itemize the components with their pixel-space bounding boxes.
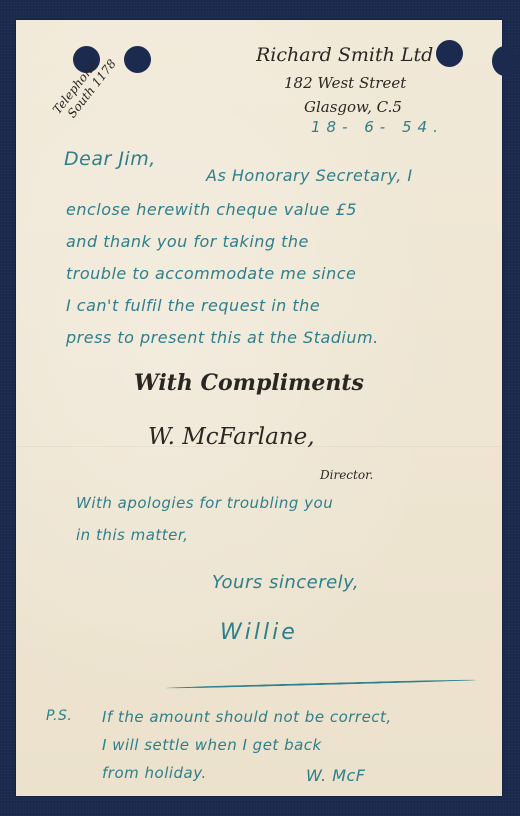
valediction: Yours sincerely, xyxy=(212,572,359,593)
compliments-title: Director. xyxy=(320,468,373,482)
ps-line-1: If the amount should not be correct, xyxy=(102,708,392,726)
compliments-heading: With Compliments xyxy=(134,370,364,396)
signature-underline xyxy=(166,679,476,689)
address-line-2: Glasgow, C.5 xyxy=(304,98,402,116)
ps-label: P.S. xyxy=(46,708,72,724)
ps-initials: W. McF xyxy=(306,766,366,785)
ps-line-3: from holiday. xyxy=(102,764,207,782)
letter-paper: Richard Smith Ltd 182 West Street Glasgo… xyxy=(16,20,502,796)
body-line-6: press to present this at the Stadium. xyxy=(66,328,379,347)
address-line-1: 182 West Street xyxy=(284,74,406,92)
body-line-4: trouble to accommodate me since xyxy=(66,264,356,283)
closing-line-1: With apologies for troubling you xyxy=(76,494,333,512)
ps-line-2: I will settle when I get back xyxy=(102,736,322,754)
compliments-name: W. McFarlane, xyxy=(148,424,315,450)
signature: Willie xyxy=(220,620,298,645)
body-line-2: enclose herewith cheque value £5 xyxy=(66,200,357,219)
letter-date: 18- 6- 54. xyxy=(311,118,444,136)
punch-hole-3 xyxy=(436,40,463,67)
salutation: Dear Jim, xyxy=(64,148,156,170)
body-line-1: As Honorary Secretary, I xyxy=(206,166,413,185)
punch-hole-2 xyxy=(124,46,151,73)
closing-line-2: in this matter, xyxy=(76,526,188,544)
company-name: Richard Smith Ltd xyxy=(256,44,436,66)
body-line-3: and thank you for taking the xyxy=(66,232,309,251)
punch-notch xyxy=(492,46,518,76)
body-line-5: I can't fulfil the request in the xyxy=(66,296,320,315)
